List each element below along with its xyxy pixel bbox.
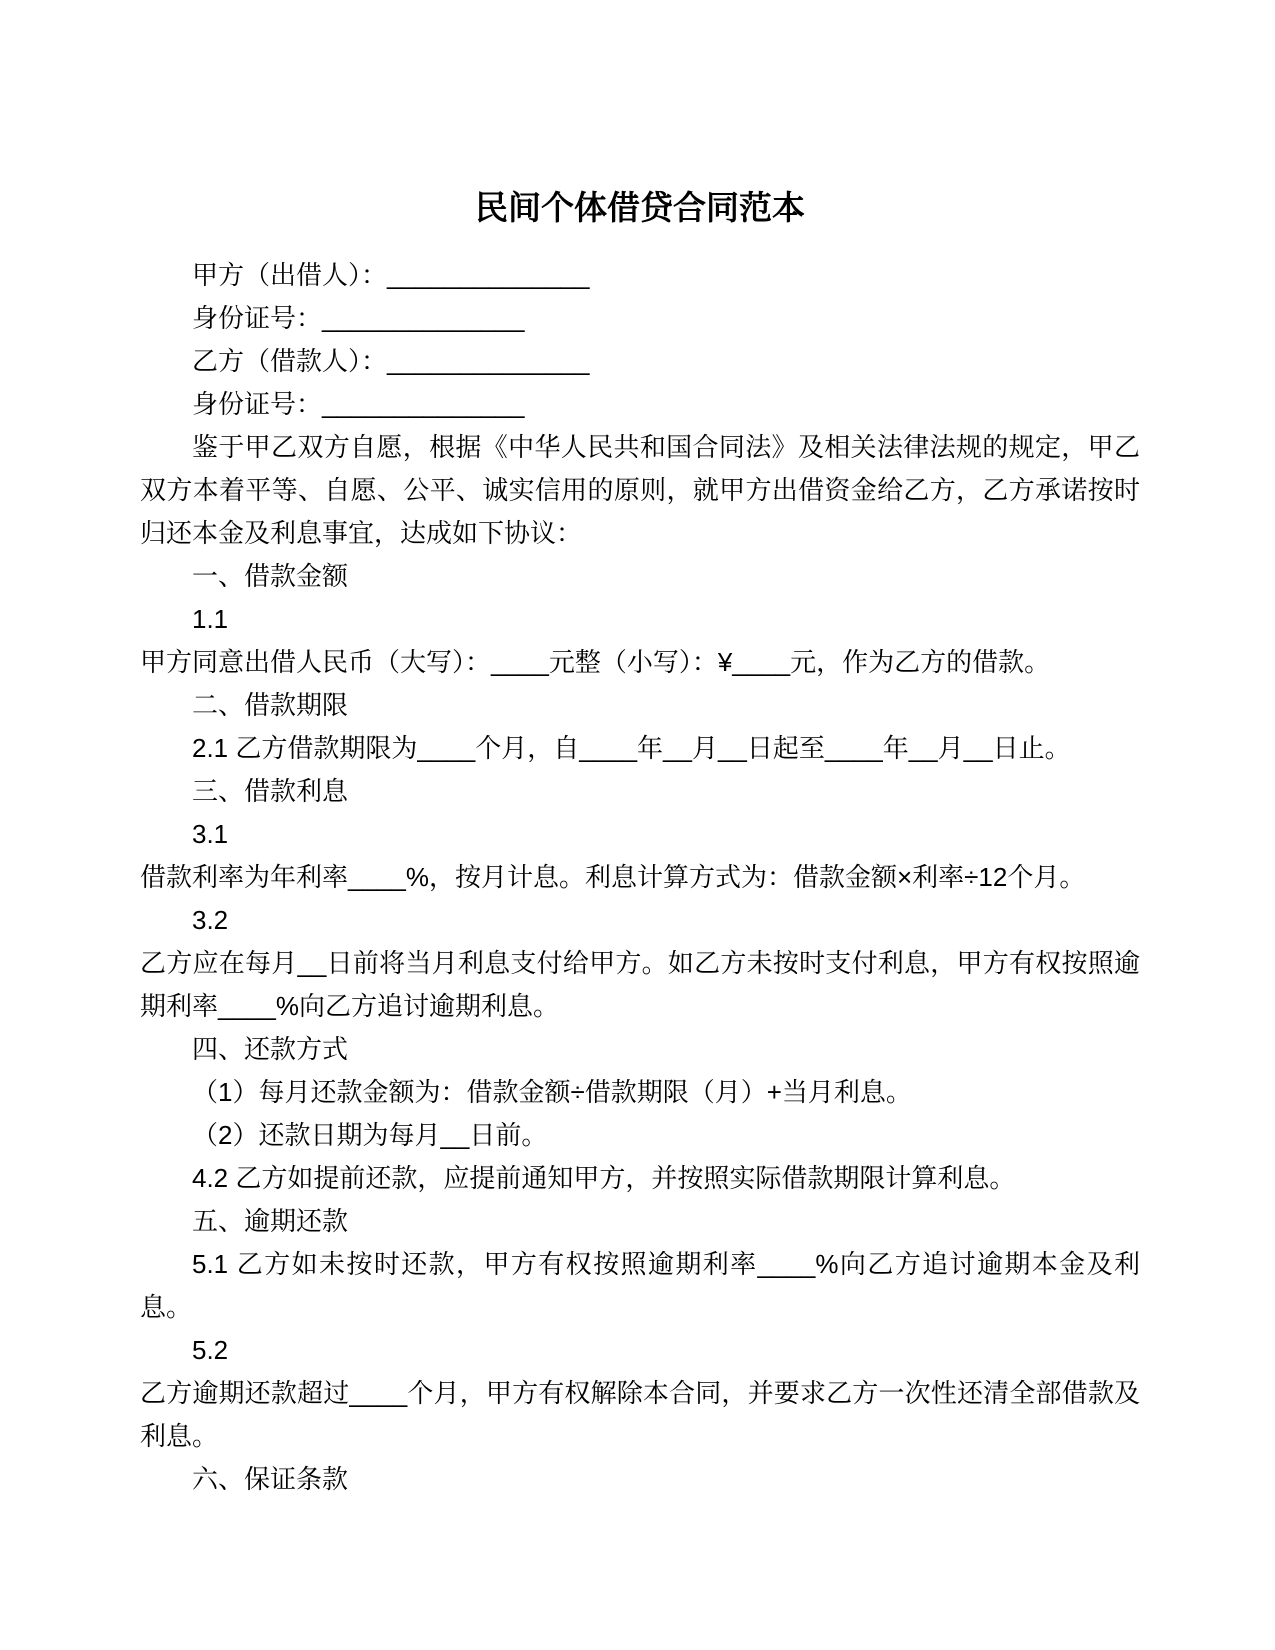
contract-paragraph: 2.1 乙方借款期限为____个月，自____年__月__日起至____年__月… [140, 727, 1140, 770]
contract-paragraph: 甲方（出借人）：______________ [140, 254, 1140, 297]
contract-paragraph: 5.1 乙方如未按时还款，甲方有权按照逾期利率____%向乙方追讨逾期本金及利息… [140, 1243, 1140, 1329]
contract-paragraph: 5.2 [140, 1329, 1140, 1372]
contract-paragraph: 二、借款期限 [140, 684, 1140, 727]
contract-paragraph: 乙方应在每月__日前将当月利息支付给甲方。如乙方未按时支付利息，甲方有权按照逾期… [140, 942, 1140, 1028]
contract-paragraph: （2）还款日期为每月__日前。 [140, 1114, 1140, 1157]
contract-paragraph: 乙方（借款人）：______________ [140, 340, 1140, 383]
contract-paragraphs: 甲方（出借人）：______________身份证号：_____________… [140, 254, 1140, 1501]
contract-paragraph: 鉴于甲乙双方自愿，根据《中华人民共和国合同法》及相关法律法规的规定，甲乙双方本着… [140, 426, 1140, 555]
contract-paragraph: 三、借款利息 [140, 770, 1140, 813]
contract-paragraph: 四、还款方式 [140, 1028, 1140, 1071]
contract-title: 民间个体借贷合同范本 [140, 188, 1140, 228]
contract-paragraph: 五、逾期还款 [140, 1200, 1140, 1243]
contract-paragraph: 借款利率为年利率____%，按月计息。利息计算方式为：借款金额×利率÷12个月。 [140, 856, 1140, 899]
contract-paragraph: 六、保证条款 [140, 1458, 1140, 1501]
contract-paragraph: （1）每月还款金额为：借款金额÷借款期限（月）+当月利息。 [140, 1071, 1140, 1114]
contract-paragraph: 乙方逾期还款超过____个月，甲方有权解除本合同，并要求乙方一次性还清全部借款及… [140, 1372, 1140, 1458]
contract-paragraph: 身份证号：______________ [140, 297, 1140, 340]
contract-paragraph: 3.1 [140, 813, 1140, 856]
document-page: 民间个体借贷合同范本 甲方（出借人）：______________身份证号：__… [0, 0, 1275, 1650]
contract-paragraph: 4.2 乙方如提前还款，应提前通知甲方，并按照实际借款期限计算利息。 [140, 1157, 1140, 1200]
contract-body: 民间个体借贷合同范本 甲方（出借人）：______________身份证号：__… [140, 188, 1140, 1501]
contract-paragraph: 甲方同意出借人民币（大写）：____元整（小写）：¥____元，作为乙方的借款。 [140, 641, 1140, 684]
contract-paragraph: 3.2 [140, 899, 1140, 942]
contract-paragraph: 身份证号：______________ [140, 383, 1140, 426]
contract-paragraph: 1.1 [140, 598, 1140, 641]
contract-paragraph: 一、借款金额 [140, 555, 1140, 598]
